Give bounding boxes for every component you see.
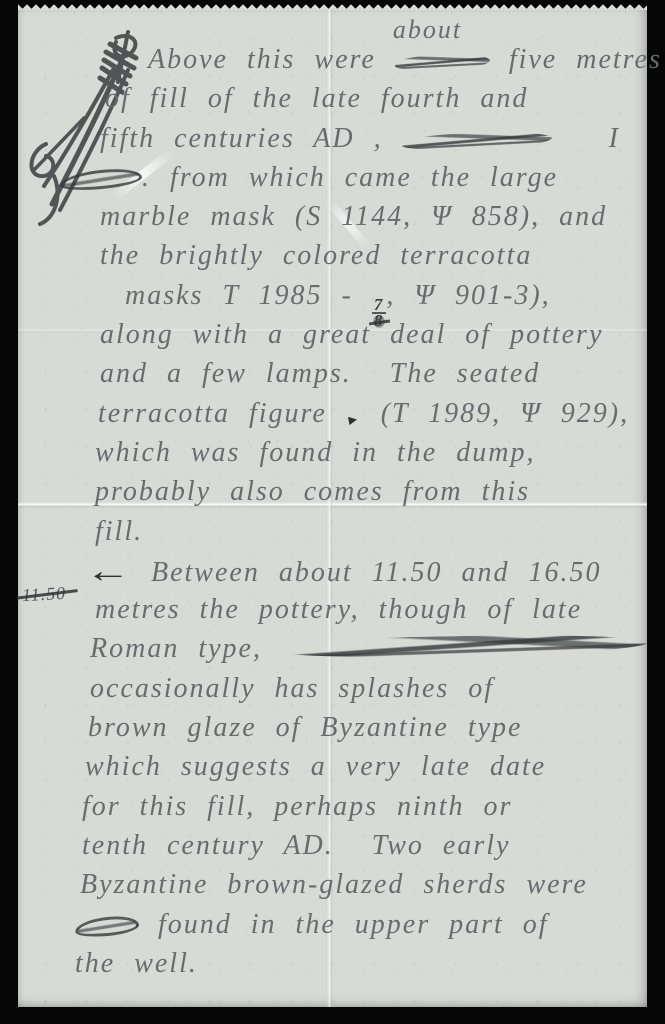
handwritten-text: I bbox=[552, 123, 620, 154]
handwritten-line: which was found in the dump, bbox=[95, 433, 647, 472]
handwritten-text: and a few lamps. The seated bbox=[100, 358, 540, 389]
handwritten-line: of fill of the late fourth and bbox=[105, 79, 647, 118]
handwritten-line: occasionally has splashes of bbox=[90, 669, 647, 708]
handwritten-line: marble mask (S 1144, Ψ 858), and bbox=[100, 197, 647, 236]
handwritten-text: for this fill, perhaps ninth or bbox=[82, 791, 512, 822]
handwritten-text: Between about 11.50 and 16.50 bbox=[151, 557, 602, 588]
handwritten-line: the well. bbox=[75, 944, 647, 983]
handwritten-text: brown glaze of Byzantine type bbox=[88, 712, 522, 743]
lines-container: Above this were about five metresof fill… bbox=[18, 40, 647, 983]
handwritten-text: five metres bbox=[490, 44, 662, 75]
left-arrow-mark: ← bbox=[85, 552, 134, 591]
notebook-page: Above this were about five metresof fill… bbox=[18, 10, 647, 1007]
scribbled-out-word bbox=[281, 633, 649, 659]
scan-background: Above this were about five metresof fill… bbox=[0, 0, 665, 1024]
handwritten-line: brown glaze of Byzantine type bbox=[88, 708, 647, 747]
handwritten-text: occasionally has splashes of bbox=[90, 673, 494, 704]
handwritten-line: tenth century AD. Two early bbox=[82, 826, 647, 865]
crossed-number-bottom: 8 bbox=[372, 314, 387, 328]
handwritten-text: terracotta figure bbox=[98, 398, 346, 429]
handwritten-line: Byzantine brown-glazed sherds were bbox=[80, 865, 647, 904]
handwritten-text: (T 1989, Ψ 929), bbox=[362, 398, 629, 429]
inserted-word-above-line: about bbox=[393, 10, 462, 49]
handwritten-text: the well. bbox=[75, 948, 198, 979]
handwritten-text: which suggests a very late date bbox=[85, 751, 546, 782]
scribbled-out-word bbox=[401, 130, 551, 151]
handwritten-line: masks T 1985 - 78, Ψ 901-3), bbox=[125, 276, 647, 315]
handwritten-text: probably also comes from this bbox=[95, 476, 530, 507]
handwritten-text: fill. bbox=[95, 516, 143, 547]
handwritten-line: which suggests a very late date bbox=[85, 747, 647, 786]
handwritten-line: Above this were about five metres bbox=[148, 40, 647, 79]
handwritten-text: found in the upper part of bbox=[139, 909, 549, 940]
handwritten-text: Roman type, bbox=[90, 633, 281, 664]
handwritten-text: of fill of the late fourth and bbox=[105, 83, 528, 114]
handwritten-text: . from which came the large bbox=[142, 162, 558, 193]
handwritten-text: Above this were bbox=[148, 44, 395, 75]
margin-note-crossed-number: 11.50 bbox=[21, 583, 66, 606]
corrected-number-mark: 78 bbox=[372, 298, 387, 329]
handwritten-line: . from which came the large bbox=[60, 158, 647, 197]
handwritten-line: and a few lamps. The seated bbox=[100, 354, 647, 393]
handwritten-text: tenth century AD. Two early bbox=[82, 830, 510, 861]
handwritten-line: for this fill, perhaps ninth or bbox=[82, 787, 647, 826]
handwritten-text: masks T 1985 - bbox=[125, 280, 372, 311]
handwritten-line: found in the upper part of bbox=[75, 905, 647, 944]
handwritten-text: marble mask (S 1144, Ψ 858), and bbox=[100, 201, 607, 232]
handwritten-text: the brightly colored terracotta bbox=[100, 240, 532, 271]
handwritten-line: fill. bbox=[95, 512, 647, 551]
handwritten-line: ←Between about 11.50 and 16.50 bbox=[85, 551, 647, 590]
handwritten-line: metres the pottery, though of late bbox=[95, 590, 647, 629]
handwritten-line: fifth centuries AD , I bbox=[100, 119, 647, 158]
handwritten-line: the brightly colored terracotta bbox=[100, 236, 647, 275]
scribbled-out-word bbox=[395, 53, 490, 71]
handwritten-text: metres the pottery, though of late bbox=[95, 594, 582, 625]
handwritten-text: fifth centuries AD , bbox=[100, 123, 402, 154]
handwritten-line: Roman type, bbox=[90, 629, 647, 668]
handwritten-line: terracotta figure ► (T 1989, Ψ 929), bbox=[98, 394, 647, 433]
handwritten-text: which was found in the dump, bbox=[95, 437, 535, 468]
oval-scribble-mark bbox=[59, 166, 142, 192]
handwritten-line: probably also comes from this bbox=[95, 472, 647, 511]
handwritten-text: Byzantine brown-glazed sherds were bbox=[80, 869, 588, 900]
oval-scribble-mark bbox=[74, 914, 139, 939]
handwritten-text: along with a great deal of pottery bbox=[100, 319, 603, 350]
handwritten-text: , Ψ 901-3), bbox=[386, 280, 550, 311]
